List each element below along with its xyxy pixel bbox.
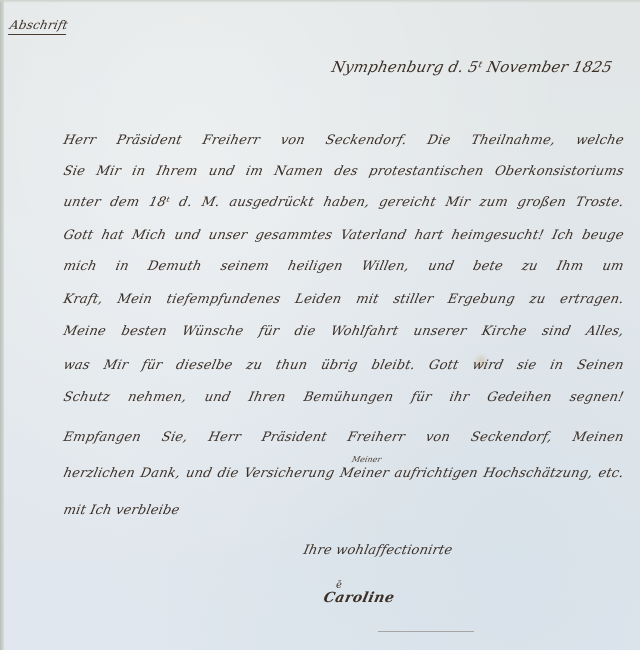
salutation-line: Herr Präsident Freiherr von Seckendorf. … — [62, 133, 625, 148]
signature-underline — [378, 631, 474, 632]
signature: Caroline — [322, 590, 396, 606]
body-line: Sie Mir in Ihrem und im Namen des protes… — [62, 164, 625, 179]
dateline: Nymphenburg d. 5ᵗ November 1825 — [330, 58, 614, 76]
body-line: herzlichen Dank, und die Versicherung Me… — [62, 466, 625, 481]
body-line: mich in Demuth seinem heiligen Willen, u… — [62, 259, 625, 274]
letter-page: Abschrift Nymphenburg d. 5ᵗ November 182… — [0, 0, 640, 650]
interlinear-insertion: Meiner — [351, 455, 382, 464]
body-line: Meine besten Wünsche für die Wohlfahrt u… — [62, 324, 625, 339]
body-line: Schutz nehmen, und Ihren Bemühungen für … — [62, 390, 625, 405]
body-line: Kraft, Mein tiefempfundenes Leiden mit s… — [62, 292, 625, 307]
paper-left-edge — [0, 0, 4, 650]
paper-top-edge — [0, 0, 640, 3]
body-line: Gott hat Mich und unser gesammtes Vaterl… — [62, 228, 625, 243]
body-line: was Mir für dieselbe zu thun übrig bleib… — [62, 358, 625, 373]
body-line: unter dem 18ᵗ d. M. ausgedrückt haben, g… — [62, 195, 625, 210]
body-line: Empfangen Sie, Herr Präsident Freiherr v… — [62, 430, 625, 445]
corner-annotation: Abschrift — [8, 18, 69, 35]
closing-formula: Ihre wohlaffectionirte — [302, 543, 454, 558]
body-line: mit Ich verbleibe — [62, 503, 181, 518]
